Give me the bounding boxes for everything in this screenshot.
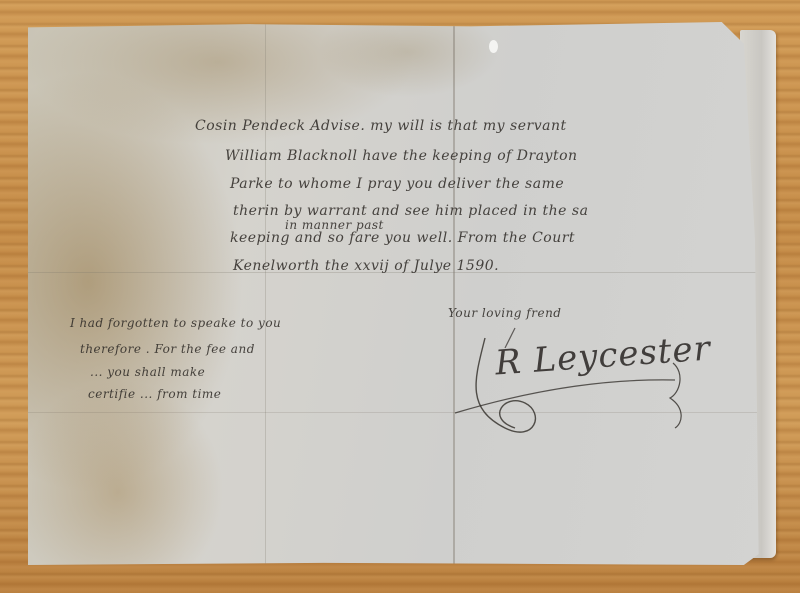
- letter-line-3: Parke to whome I pray you deliver the sa…: [230, 176, 564, 192]
- subscription: Your loving frend: [448, 306, 561, 320]
- manuscript-letter: [28, 22, 766, 565]
- letter-line-5: keeping and so fare you well. From the C…: [230, 230, 575, 246]
- postscript-line-4: certifie ... from time: [88, 387, 221, 401]
- postscript-line-1: I had forgotten to speake to you: [70, 316, 281, 330]
- letter-line-6: Kenelworth the xxvij of Julye 1590.: [233, 258, 499, 274]
- fold-crease: [453, 22, 455, 565]
- paper-hole: [489, 40, 498, 53]
- fold-crease: [28, 412, 766, 413]
- postscript-line-3: ... you shall make: [90, 365, 205, 379]
- letter-line-1: Cosin Pendeck Advise. my will is that my…: [195, 118, 567, 134]
- letter-line-4: therin by warrant and see him placed in …: [233, 203, 588, 219]
- fold-crease: [265, 22, 266, 565]
- letter-line-2: William Blacknoll have the keeping of Dr…: [225, 148, 578, 164]
- postscript-line-2: therefore . For the fee and: [80, 342, 255, 356]
